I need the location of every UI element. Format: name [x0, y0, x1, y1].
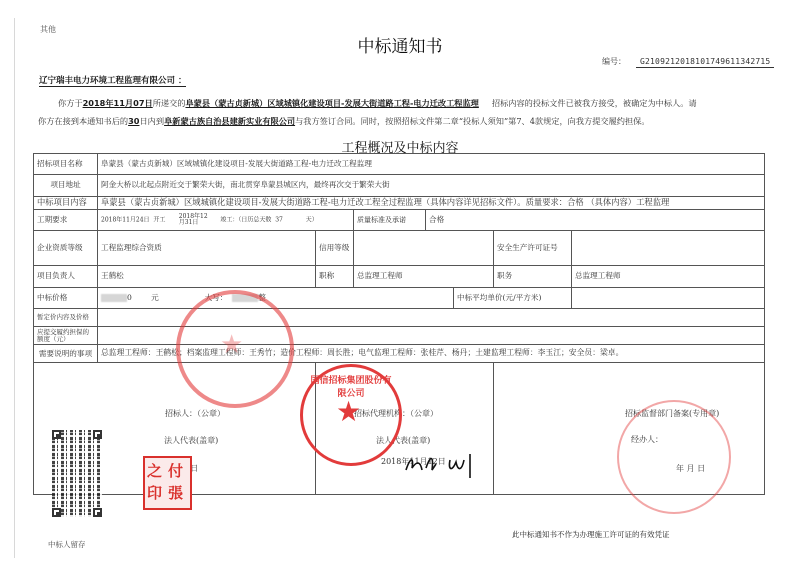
period-value: 2018年11月24日 开工 2018年12月31日 竣工：（日历总天数 37 … — [98, 210, 354, 231]
price-tail: 0 — [127, 293, 132, 302]
seal-char: 張 — [168, 482, 183, 503]
tenderer-seal-label: 招标人：（公章） — [165, 409, 225, 418]
tenderer-rep-label: 法人代表(盖章) — [164, 436, 218, 445]
table-row: 企业资质等级 工程监理综合资质 信用等级 安全生产许可证号 — [34, 231, 765, 266]
text: 你方在接到本通知书后的 — [38, 116, 128, 126]
notes-label: 需要说明的事项 — [34, 345, 98, 363]
table-row: 应提交履约担保的额度（元） — [34, 327, 765, 345]
period-label: 工期要求 — [34, 210, 98, 231]
bid-details-table: 招标项目名称 阜蒙县（蒙古贞新城）区域城镇化建设项目-发展大街道路工程-电力迁改… — [33, 153, 765, 495]
location-label: 项目地址 — [34, 175, 98, 197]
content-label: 中标项目内容 — [34, 197, 98, 210]
avg-price-label: 中标平均单价(元/平方米) — [454, 288, 572, 309]
title-label: 职称 — [316, 266, 354, 288]
provisional-label: 暂定价内容及价格 — [34, 309, 98, 327]
qualification-value: 工程监理综合资质 — [98, 231, 316, 266]
notes-value: 总监理工程师：王鹤松；档案监理工程师：王秀竹；造价工程师：周长胜；电气监理工程师… — [98, 345, 765, 363]
credit-value — [354, 231, 494, 266]
avg-price-value — [572, 288, 765, 309]
table-row: 工期要求 2018年11月24日 开工 2018年12月31日 竣工：（日历总天… — [34, 210, 765, 231]
price-label: 中标价格 — [34, 288, 98, 309]
table-row: 招标项目名称 阜蒙县（蒙古贞新城）区域城镇化建设项目-发展大街道路工程-电力迁改… — [34, 154, 765, 175]
project-name-inline: 阜蒙县（蒙古贞新城）区域城镇化建设项目-发展大街道路工程-电力迁改工程监理 — [185, 98, 478, 108]
quality-value: 合格 — [426, 210, 765, 231]
manager-value: 王鹤松 — [98, 266, 316, 288]
project-name-label: 招标项目名称 — [34, 154, 98, 175]
redacted-words — [232, 294, 258, 302]
table-row: 中标价格 0 元 大写： 整 中标平均单价(元/平方米) — [34, 288, 765, 309]
qualification-label: 企业资质等级 — [34, 231, 98, 266]
document-title: 中标通知书 — [0, 32, 800, 57]
serial-number: G2109212018101749611342715 — [636, 57, 774, 68]
page-edge — [14, 18, 15, 558]
supervisor-date: 年 月 日 — [676, 464, 705, 473]
supervisor-handler-label: 经办人： — [631, 435, 663, 444]
text: 招标内容的投标文件已被我方接受，被确定为中标人。请 — [492, 98, 697, 108]
print-seal-stamp: 之 付 印 張 — [143, 456, 192, 510]
price-words-tail: 整 — [258, 293, 266, 302]
seal-char: 之 — [147, 460, 162, 481]
price-value: 0 元 大写： 整 — [98, 288, 454, 309]
supervisor-seal-label: 招标监督部门备案(专用章) — [625, 409, 719, 418]
title-value: 总监理工程师 — [354, 266, 494, 288]
guarantee-label: 应提交履约担保的额度（元） — [34, 327, 98, 345]
manager-label: 项目负责人 — [34, 266, 98, 288]
safety-license-value — [572, 231, 765, 266]
text: 所递交的 — [153, 98, 186, 108]
redacted-amount — [101, 294, 127, 302]
start-date: 2018年11月24日 — [101, 217, 150, 224]
agency-seal-label: 招标代理机构：（公章） — [354, 409, 438, 418]
end-label: 竣工：（日历总天数 — [220, 217, 271, 224]
contract-party: 阜新蒙古族自治县建新实业有限公司 — [164, 116, 295, 126]
supervisor-signature-cell: 招标监督部门备案(专用章) 经办人： 年 月 日 — [494, 363, 765, 495]
recipient-company: 辽宁瑞丰电力环境工程监理有限公司 ： — [39, 74, 186, 87]
text: 与我方签订合同。同时，按照招标文件第二章“投标人须知”第7、4款规定，向我方提交… — [295, 116, 649, 126]
table-row: 暂定价内容及价格 — [34, 309, 765, 327]
body-line-2: 你方在接到本通知书后的30日内到阜新蒙古族自治县建新实业有限公司与我方签订合同。… — [38, 116, 650, 127]
safety-license-label: 安全生产许可证号 — [494, 231, 572, 266]
serial-label: 编号： — [602, 57, 626, 66]
seal-char: 付 — [168, 460, 183, 481]
provisional-value — [98, 309, 765, 327]
end-date: 2018年12月31日 — [179, 214, 213, 226]
position-value: 总监理工程师 — [572, 266, 765, 288]
serial-number-field: 编号：G2109212018101749611342715 — [602, 56, 774, 68]
position-label: 职务 — [494, 266, 572, 288]
agency-rep-label: 法人代表(盖章) — [376, 436, 430, 445]
guarantee-value — [98, 327, 765, 345]
start-label: 开工 — [153, 217, 165, 224]
body-line-1: 你方于2018年11月07日所递交的阜蒙县（蒙古贞新城）区域城镇化建设项目-发展… — [58, 98, 697, 109]
location-value: 阿金大桥以北起点附近交于繁荣大街，南北贯穿阜蒙县城区内，最终再次交于繁荣大街 — [98, 175, 765, 197]
price-words-label: 大写： — [205, 293, 228, 302]
signature-mark — [404, 450, 494, 478]
days-limit: 30 — [128, 116, 139, 126]
days-unit: 天） — [306, 217, 318, 224]
content-value: 阜蒙县（蒙古贞新城）区域城镇化建设项目-发展大街道路工程-电力迁改工程全过程监理… — [98, 197, 765, 210]
price-unit: 元 — [151, 293, 159, 302]
table-row: 中标项目内容 阜蒙县（蒙古贞新城）区域城镇化建设项目-发展大街道路工程-电力迁改… — [34, 197, 765, 210]
text: 日内到 — [139, 116, 164, 126]
submit-date: 2018年11月07日 — [83, 98, 153, 108]
quality-label: 质量标准及承诺 — [354, 210, 426, 231]
table-row: 项目地址 阿金大桥以北起点附近交于繁荣大街，南北贯穿阜蒙县城区内，最终再次交于繁… — [34, 175, 765, 197]
seal-char: 印 — [147, 482, 162, 503]
disclaimer-note: 此中标通知书不作为办理施工许可证的有效凭证 — [512, 529, 670, 540]
qr-code — [52, 430, 102, 517]
table-row: 项目负责人 王鹤松 职称 总监理工程师 职务 总监理工程师 — [34, 266, 765, 288]
copy-label: 中标人留存 — [48, 539, 86, 550]
total-days: 37 — [275, 217, 283, 224]
table-row: 需要说明的事项 总监理工程师：王鹤松；档案监理工程师：王秀竹；造价工程师：周长胜… — [34, 345, 765, 363]
project-name-value: 阜蒙县（蒙古贞新城）区域城镇化建设项目-发展大街道路工程-电力迁改工程监理 — [98, 154, 765, 175]
credit-label: 信用等级 — [316, 231, 354, 266]
text: 你方于 — [58, 98, 83, 108]
